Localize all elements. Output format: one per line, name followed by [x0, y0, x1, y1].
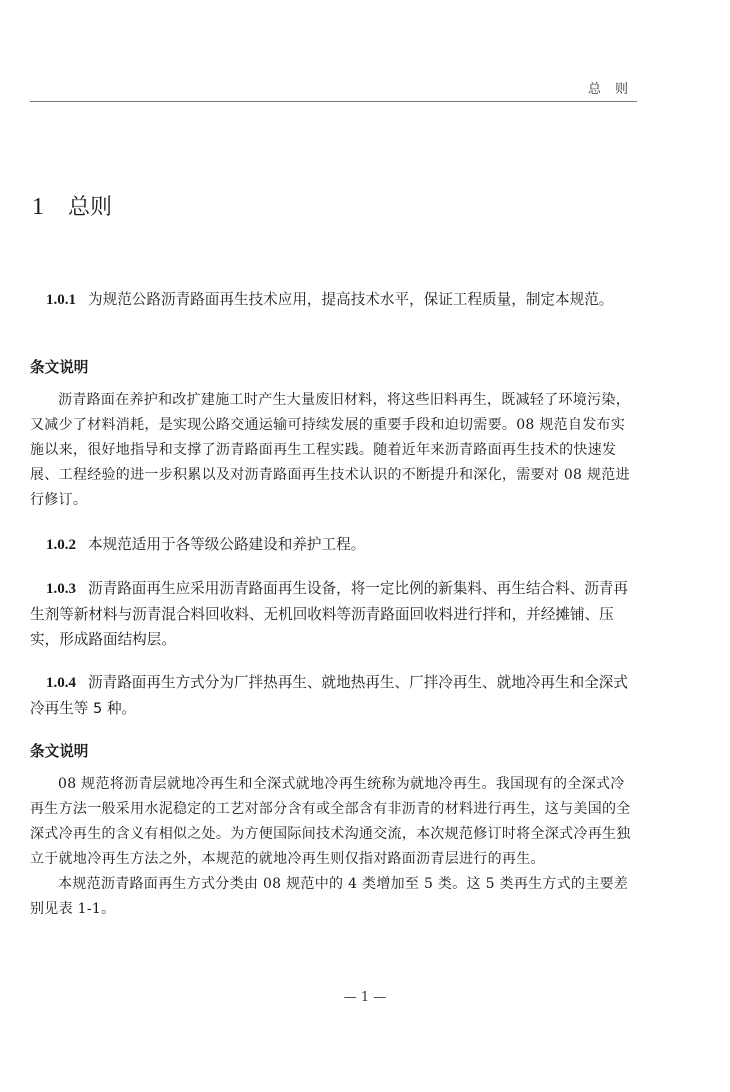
clause-1-0-4: 1.0.4沥青路面再生方式分为厂拌热再生、就地热再生、厂拌冷再生、就地冷再生和全…	[30, 670, 638, 721]
clause-text: 本规范适用于各等级公路建设和养护工程。	[88, 536, 365, 553]
explanation-paragraph: 本规范沥青路面再生方式分类由 08 规范中的 4 类增加至 5 类。这 5 类再…	[30, 872, 638, 922]
chapter-title: 1总则	[32, 190, 112, 221]
explanation-heading: 条文说明	[30, 356, 88, 377]
clause-number: 1.0.1	[46, 292, 76, 308]
chapter-title-text: 总则	[68, 195, 112, 220]
clause-1-0-2: 1.0.2本规范适用于各等级公路建设和养护工程。	[30, 532, 638, 558]
page-number: — 1 —	[0, 990, 730, 1005]
clause-1-0-1: 1.0.1为规范公路沥青路面再生技术应用，提高技术水平，保证工程质量，制定本规范…	[30, 287, 638, 313]
running-head-title: 总则	[588, 78, 642, 97]
clause-number: 1.0.2	[46, 537, 76, 553]
explanation-heading: 条文说明	[30, 740, 88, 761]
clause-1-0-3: 1.0.3沥青路面再生应采用沥青路面再生设备，将一定比例的新集料、再生结合料、沥…	[30, 576, 638, 652]
clause-number: 1.0.4	[46, 675, 76, 691]
explanation-paragraph: 沥青路面在养护和改扩建施工时产生大量废旧材料，将这些旧料再生，既减轻了环境污染，…	[30, 388, 638, 513]
clause-text: 沥青路面再生应采用沥青路面再生设备，将一定比例的新集料、再生结合料、沥青再生剂等…	[30, 580, 628, 648]
clause-number: 1.0.3	[46, 581, 76, 597]
explanation-paragraph: 08 规范将沥青层就地冷再生和全深式就地冷再生统称为就地冷再生。我国现有的全深式…	[30, 772, 638, 872]
explanation-body: 08 规范将沥青层就地冷再生和全深式就地冷再生统称为就地冷再生。我国现有的全深式…	[30, 772, 638, 922]
clause-text: 沥青路面再生方式分为厂拌热再生、就地热再生、厂拌冷再生、就地冷再生和全深式冷再生…	[30, 674, 628, 717]
explanation-body: 沥青路面在养护和改扩建施工时产生大量废旧材料，将这些旧料再生，既减轻了环境污染，…	[30, 388, 638, 513]
header-rule	[30, 101, 637, 102]
clause-text: 为规范公路沥青路面再生技术应用，提高技术水平，保证工程质量，制定本规范。	[88, 291, 613, 308]
chapter-number: 1	[32, 194, 68, 221]
